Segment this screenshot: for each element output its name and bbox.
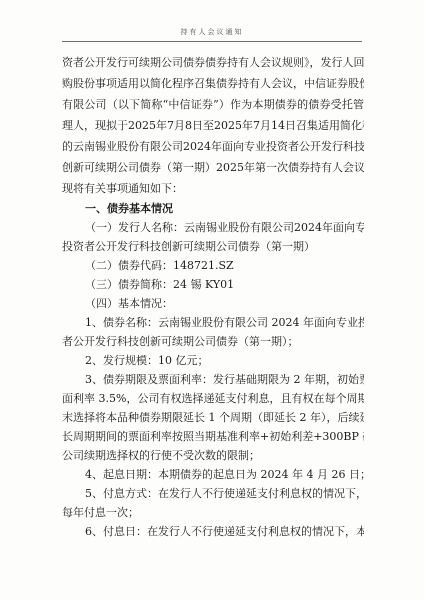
header-divider-rule (62, 41, 362, 42)
doc-line: 每年付息一次； (62, 503, 364, 522)
doc-line: 面利率 3.5%，公司有权选择递延支付利息，且有权在每个周期 (62, 389, 364, 408)
doc-line-bond-code: （二）债券代码：148721.SZ (62, 256, 364, 275)
doc-line: 现将有关事项通知如下： (62, 178, 364, 199)
doc-line: 公司续期选择权的行使不受次数的限制； (62, 446, 364, 465)
running-header-title: 持有人会议通知 (0, 27, 424, 37)
doc-line-term-rate: 3、债券期限及票面利率：发行基础期限为 2 年期，初始票 (62, 370, 364, 389)
doc-line: 投资者公开发行科技创新可续期公司债券（第一期） (62, 237, 364, 256)
doc-line: 者公开发行科技创新可续期公司债券（第一期）； (62, 332, 364, 351)
document-body: 资者公开发行可续期公司债券债券持有人会议规则》，发行人回 购股份事项适用以简化程… (62, 52, 364, 541)
doc-line-issuer-name: （一）发行人名称：云南锡业股份有限公司2024年面向专业 (62, 218, 364, 237)
doc-line: 的云南锡业股份有限公司2024年面向专业投资者公开发行科技 (62, 136, 364, 157)
doc-line-payment-method: 5、付息方式：在发行人不行使递延支付利息权的情况下， (62, 484, 364, 503)
doc-line: 购股份事项适用以简化程序召集债券持有人会议，中信证券股份 (62, 73, 364, 94)
doc-line-bond-short-name: （三）债券简称：24 锡 KY01 (62, 275, 364, 294)
doc-line-bond-name: 1、债券名称：云南锡业股份有限公司 2024 年面向专业投资 (62, 313, 364, 332)
section-heading-bond-basic-info: 一、债券基本情况 (62, 199, 364, 218)
doc-line: 有限公司（以下简称“中信证券”）作为本期债券的债券受托管 (62, 94, 364, 115)
doc-line: 末选择将本品种债券期限延长 1 个周期（即延长 2 年），后续延 (62, 408, 364, 427)
doc-line: 理人，现拟于2025年7月8日至2025年7月14日召集适用简化程序 (62, 115, 364, 136)
document-page: 持有人会议通知 资者公开发行可续期公司债券债券持有人会议规则》，发行人回 购股份… (0, 0, 424, 600)
doc-line-issue-size: 2、发行规模：10 亿元； (62, 351, 364, 370)
doc-line: 创新可续期公司债券（第一期）2025年第一次债券持有人会议， (62, 157, 364, 178)
doc-line: 资者公开发行可续期公司债券债券持有人会议规则》，发行人回 (62, 52, 364, 73)
doc-line-payment-date: 6、付息日：在发行人不行使递延支付利息权的情况下，本 (62, 522, 364, 541)
doc-line: 长周期期间的票面利率按照当期基准利率+初始利差+300BP 确定， (62, 427, 364, 446)
doc-line-value-date: 4、起息日期：本期债券的起息日为 2024 年 4 月 26 日； (62, 465, 364, 484)
doc-line-basic-info-label: （四）基本情况： (62, 294, 364, 313)
